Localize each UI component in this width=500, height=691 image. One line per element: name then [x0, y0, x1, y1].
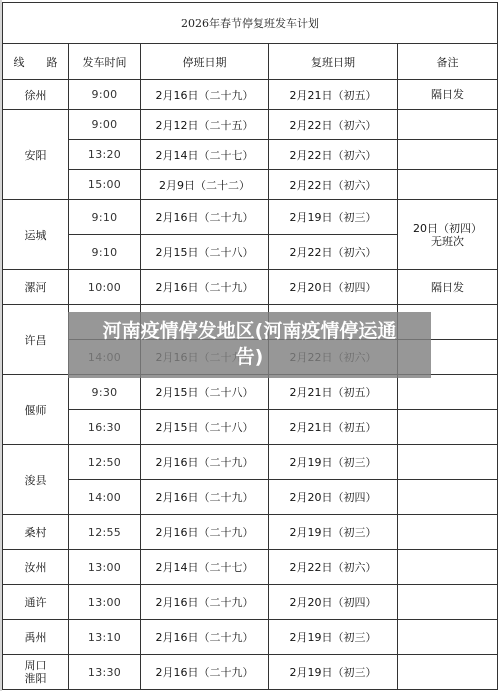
route-name: 周口 淮阳	[3, 655, 69, 690]
route-name-line: 淮阳	[3, 672, 68, 685]
resume-date: 2月19日（初三）	[269, 445, 398, 480]
stop-date: 2月9日（二十二）	[141, 170, 269, 200]
depart-time: 13:00	[69, 550, 141, 585]
note	[398, 620, 498, 655]
note	[398, 410, 498, 445]
stop-date: 2月16日（二十九）	[141, 445, 269, 480]
table-row: 汝州 13:00 2月14日（二十七） 2月22日（初六）	[3, 550, 498, 585]
depart-time: 15:00	[69, 170, 141, 200]
stop-date: 2月16日（二十九）	[141, 480, 269, 515]
resume-date: 2月20日（初四）	[269, 270, 398, 305]
depart-time: 12:55	[69, 515, 141, 550]
stop-date: 2月12日（二十五）	[141, 110, 269, 140]
note	[398, 170, 498, 200]
resume-date: 2月19日（初三）	[269, 655, 398, 690]
note: 隔日发	[398, 270, 498, 305]
note: 20日（初四） 无班次	[398, 200, 498, 270]
note	[398, 110, 498, 140]
depart-time: 9:30	[69, 375, 141, 410]
note-line: 无班次	[398, 235, 497, 248]
note	[398, 655, 498, 690]
note	[398, 515, 498, 550]
header-row: 线 路 发车时间 停班日期 复班日期 备注	[3, 44, 498, 80]
depart-time: 13:30	[69, 655, 141, 690]
note	[398, 550, 498, 585]
resume-date: 2月19日（初三）	[269, 620, 398, 655]
header-resume-date: 复班日期	[269, 44, 398, 80]
route-name: 漯河	[3, 270, 69, 305]
note: 隔日发	[398, 80, 498, 110]
route-name: 徐州	[3, 80, 69, 110]
table-row: 通许 13:00 2月16日（二十九） 2月20日（初四）	[3, 585, 498, 620]
stop-date: 2月16日（二十九）	[141, 620, 269, 655]
resume-date: 2月22日（初六）	[269, 110, 398, 140]
depart-time: 16:30	[69, 410, 141, 445]
table-row: 运城 9:10 2月16日（二十九） 2月19日（初三） 20日（初四） 无班次	[3, 200, 498, 235]
stop-date: 2月15日（二十八）	[141, 410, 269, 445]
route-name: 汝州	[3, 550, 69, 585]
stop-date: 2月14日（二十七）	[141, 140, 269, 170]
depart-time: 9:00	[69, 80, 141, 110]
resume-date: 2月21日（初五）	[269, 375, 398, 410]
depart-time: 10:00	[69, 270, 141, 305]
depart-time: 14:00	[69, 480, 141, 515]
resume-date: 2月22日（初六）	[269, 140, 398, 170]
table-row: 徐州 9:00 2月16日（二十九） 2月21日（初五） 隔日发	[3, 80, 498, 110]
note	[398, 140, 498, 170]
table-row: 偃师 9:30 2月15日（二十八） 2月21日（初五）	[3, 375, 498, 410]
note	[398, 585, 498, 620]
note	[398, 375, 498, 410]
overlay-line: 告)	[68, 344, 431, 370]
resume-date: 2月20日（初四）	[269, 585, 398, 620]
resume-date: 2月22日（初六）	[269, 170, 398, 200]
route-name: 通许	[3, 585, 69, 620]
depart-time: 12:50	[69, 445, 141, 480]
depart-time: 13:10	[69, 620, 141, 655]
stop-date: 2月16日（二十九）	[141, 515, 269, 550]
route-name: 偃师	[3, 375, 69, 445]
note	[398, 480, 498, 515]
route-name-line: 周口	[3, 659, 68, 672]
table-row: 15:00 2月9日（二十二） 2月22日（初六）	[3, 170, 498, 200]
note	[398, 445, 498, 480]
stop-date: 2月15日（二十八）	[141, 235, 269, 270]
header-depart-time: 发车时间	[69, 44, 141, 80]
stop-date: 2月15日（二十八）	[141, 375, 269, 410]
table-row: 漯河 10:00 2月16日（二十九） 2月20日（初四） 隔日发	[3, 270, 498, 305]
resume-date: 2月22日（初六）	[269, 550, 398, 585]
depart-time: 9:10	[69, 200, 141, 235]
stop-date: 2月16日（二十九）	[141, 585, 269, 620]
note-line: 20日（初四）	[398, 222, 497, 235]
table-row: 16:30 2月15日（二十八） 2月21日（初五）	[3, 410, 498, 445]
header-note: 备注	[398, 44, 498, 80]
resume-date: 2月22日（初六）	[269, 235, 398, 270]
header-route: 线 路	[3, 44, 69, 80]
resume-date: 2月20日（初四）	[269, 480, 398, 515]
route-name: 许昌	[3, 305, 69, 375]
resume-date: 2月21日（初五）	[269, 410, 398, 445]
stop-date: 2月16日（二十九）	[141, 655, 269, 690]
stop-date: 2月16日（二十九）	[141, 80, 269, 110]
table-row: 安阳 9:00 2月12日（二十五） 2月22日（初六）	[3, 110, 498, 140]
stop-date: 2月16日（二十九）	[141, 270, 269, 305]
route-name: 禹州	[3, 620, 69, 655]
schedule-sheet: 2026年春节停复班发车计划 线 路 发车时间 停班日期 复班日期 备注 徐州 …	[0, 0, 500, 691]
route-name: 安阳	[3, 110, 69, 200]
resume-date: 2月19日（初三）	[269, 200, 398, 235]
headline-overlay: 河南疫情停发地区(河南疫情停运通 告)	[68, 312, 431, 378]
stop-date: 2月14日（二十七）	[141, 550, 269, 585]
table-row: 浚县 12:50 2月16日（二十九） 2月19日（初三）	[3, 445, 498, 480]
title-row: 2026年春节停复班发车计划	[3, 3, 498, 44]
depart-time: 9:00	[69, 110, 141, 140]
resume-date: 2月19日（初三）	[269, 515, 398, 550]
route-name: 浚县	[3, 445, 69, 515]
depart-time: 13:00	[69, 585, 141, 620]
table-row: 13:20 2月14日（二十七） 2月22日（初六）	[3, 140, 498, 170]
resume-date: 2月21日（初五）	[269, 80, 398, 110]
depart-time: 13:20	[69, 140, 141, 170]
route-name: 桑村	[3, 515, 69, 550]
page-title: 2026年春节停复班发车计划	[3, 3, 498, 44]
table-row: 禹州 13:10 2月16日（二十九） 2月19日（初三）	[3, 620, 498, 655]
table-row: 周口 淮阳 13:30 2月16日（二十九） 2月19日（初三）	[3, 655, 498, 690]
table-row: 桑村 12:55 2月16日（二十九） 2月19日（初三）	[3, 515, 498, 550]
table-row: 14:00 2月16日（二十九） 2月20日（初四）	[3, 480, 498, 515]
overlay-line: 河南疫情停发地区(河南疫情停运通	[68, 318, 431, 344]
depart-time: 9:10	[69, 235, 141, 270]
header-stop-date: 停班日期	[141, 44, 269, 80]
route-name: 运城	[3, 200, 69, 270]
stop-date: 2月16日（二十九）	[141, 200, 269, 235]
